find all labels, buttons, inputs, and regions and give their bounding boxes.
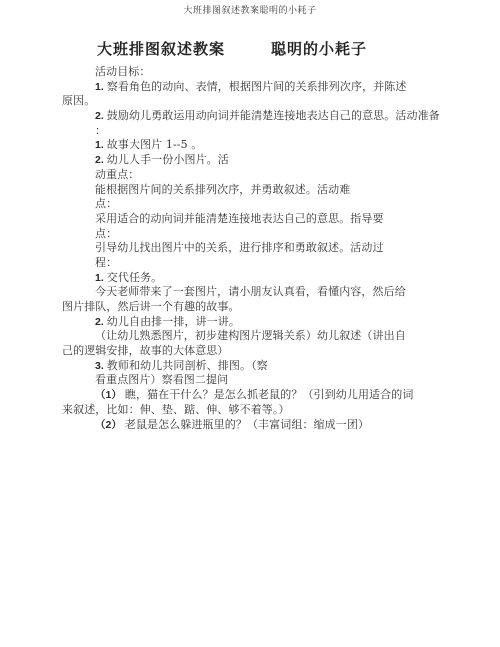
document-body: 活动目标：1.察看角色的动向、表情，根据图片间的关系排列次序，并陈述原因。2.鼓…: [0, 65, 500, 432]
text-line: 1.故事大图片 1--5 。: [62, 138, 500, 153]
line-text: 引导幼儿找出图片中的关系，进行排序和勇敢叙述。活动过: [95, 241, 384, 254]
text-line: 2.鼓励幼儿勇敢运用动向词并能清楚连接地表达自己的意思。活动准备: [62, 109, 500, 124]
text-line: 2.幼儿人手一份小图片。活: [62, 153, 500, 168]
line-number-prefix: 2.: [95, 110, 104, 122]
line-text: 原因。: [62, 94, 95, 107]
text-line: 图片排队，然后讲一个有趣的故事。: [62, 300, 500, 315]
text-line: 来叙述，比如：伸、垫、踮、伸、够不着等。）: [62, 403, 500, 418]
text-line: 2.幼儿自由排一排，讲一讲。: [62, 315, 500, 330]
text-line: ：: [62, 124, 500, 139]
line-text: 来叙述，比如：伸、垫、踮、伸、够不着等。）: [62, 403, 290, 416]
line-text: 老鼠是怎么躲进瓶里的？（丰富词组：缩成一团）: [125, 418, 369, 431]
text-line: 点：: [62, 197, 500, 212]
line-number-prefix: 2.: [95, 316, 104, 328]
line-text: 点：: [95, 197, 117, 210]
text-line: （2）老鼠是怎么躲进瓶里的？（丰富词组：缩成一团）: [62, 418, 500, 433]
line-text: 图片排队，然后讲一个有趣的故事。: [62, 300, 240, 313]
line-text: 察看角色的动向、表情，根据图片间的关系排列次序，并陈述: [107, 80, 407, 93]
line-text: 活动目标：: [95, 65, 151, 78]
text-line: 能根据图片间的关系排列次序，并勇敢叙述。活动难: [62, 183, 500, 198]
line-number-prefix: 3.: [95, 360, 104, 372]
line-number-prefix: 1.: [95, 272, 104, 284]
doc-title: 大班排图叙述教案聪明的小耗子: [0, 38, 500, 59]
line-text: 今天老师带来了一套图片，请小朋友认真看，看懂内容，然后给: [95, 285, 406, 298]
line-text: 看重点图片）察看图二提问: [95, 373, 228, 386]
text-line: 己的逻辑安排，故事的大体意思）: [62, 344, 500, 359]
line-number-prefix: （2）: [95, 419, 122, 431]
text-line: 今天老师带来了一套图片，请小朋友认真看，看懂内容，然后给: [62, 285, 500, 300]
doc-title-main: 大班排图叙述教案: [97, 40, 225, 58]
line-text: ：: [95, 124, 106, 137]
line-text: （让幼儿熟悉图片，初步建构图片逻辑关系）幼儿叙述（讲出自: [95, 329, 406, 342]
text-line: 点：: [62, 227, 500, 242]
line-number-prefix: 1.: [95, 81, 104, 93]
line-text: 鼓励幼儿勇敢运用动向词并能清楚连接地表达自己的意思。活动准备: [107, 109, 440, 122]
text-line: 动重点：: [62, 168, 500, 183]
line-text: 幼儿人手一份小图片。活: [107, 153, 229, 166]
page-header-text: 大班排图叙述教案聪明的小耗子: [0, 0, 500, 16]
line-text: 教师和幼儿共同剖析、排图。（察: [107, 359, 268, 372]
text-line: 3.教师和幼儿共同剖析、排图。（察: [62, 359, 500, 374]
document-page: 大班排图叙述教案聪明的小耗子 大班排图叙述教案聪明的小耗子 活动目标：1.察看角…: [0, 0, 500, 647]
text-line: 看重点图片）察看图二提问: [62, 373, 500, 388]
text-line: 1.察看角色的动向、表情，根据图片间的关系排列次序，并陈述: [62, 80, 500, 95]
line-text: 能根据图片间的关系排列次序，并勇敢叙述。活动难: [95, 183, 350, 196]
line-number-prefix: 1.: [95, 139, 104, 151]
doc-title-sub: 聪明的小耗子: [271, 40, 367, 58]
line-text: 程：: [95, 256, 117, 269]
line-text: 幼儿自由排一排，讲一讲。: [107, 315, 240, 328]
text-line: 活动目标：: [62, 65, 500, 80]
text-line: 原因。: [62, 94, 500, 109]
line-text: 瞧，猫在干什么？是怎么抓老鼠的？（引到幼儿用适合的词: [125, 388, 414, 401]
text-line: （1）瞧，猫在干什么？是怎么抓老鼠的？（引到幼儿用适合的词: [62, 388, 500, 403]
line-text: 己的逻辑安排，故事的大体意思）: [62, 344, 229, 357]
text-line: 采用适合的动向词并能清楚连接地表达自己的意思。指导要: [62, 212, 500, 227]
text-line: 引导幼儿找出图片中的关系，进行排序和勇敢叙述。活动过: [62, 241, 500, 256]
line-text: 交代任务。: [107, 271, 163, 284]
line-number-prefix: 2.: [95, 154, 104, 166]
line-text: 动重点：: [95, 168, 139, 181]
line-text: 故事大图片 1--5 。: [107, 138, 203, 151]
text-line: （让幼儿熟悉图片，初步建构图片逻辑关系）幼儿叙述（讲出自: [62, 329, 500, 344]
text-line: 1.交代任务。: [62, 271, 500, 286]
line-number-prefix: （1）: [95, 389, 122, 401]
text-line: 程：: [62, 256, 500, 271]
line-text: 采用适合的动向词并能清楚连接地表达自己的意思。指导要: [95, 212, 384, 225]
line-text: 点：: [95, 227, 117, 240]
